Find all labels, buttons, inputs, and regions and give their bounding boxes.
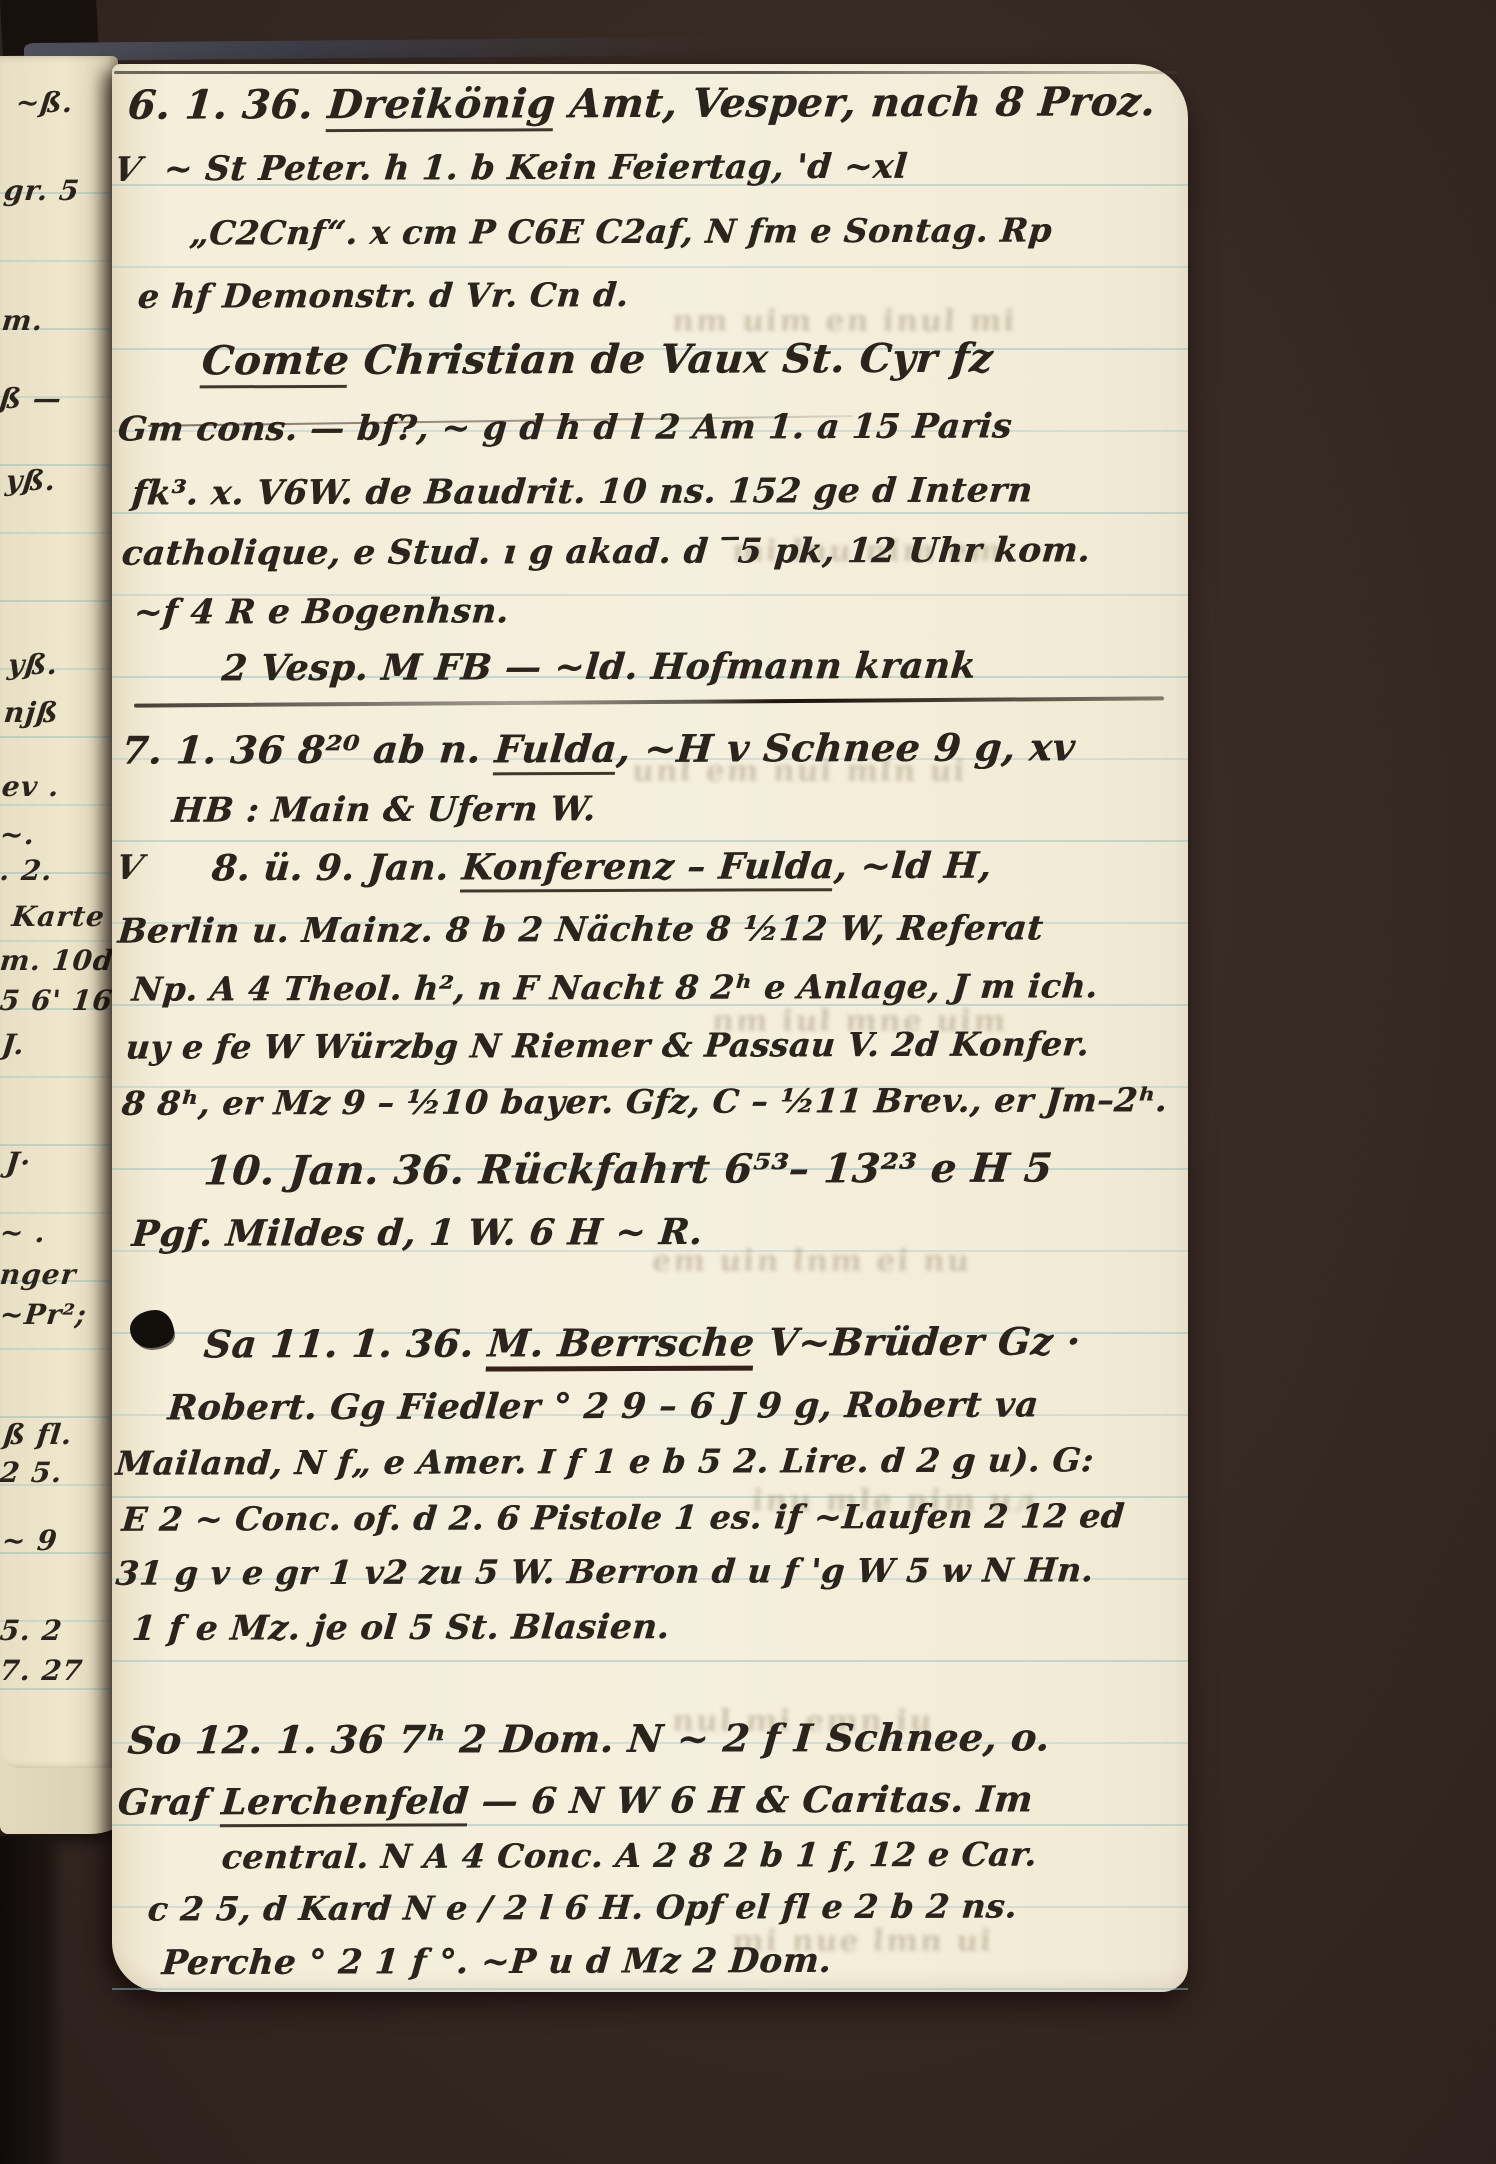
- handwriting-line: 10. Jan. 36. Rückfahrt 6⁵³– 13²³ e H 5: [202, 1145, 1054, 1195]
- handwriting-line: Sa 11. 1. 36. M. Berrsche V~Brüder Gz ·: [202, 1318, 1082, 1366]
- handwriting-text: — 6 N W 6 H & Caritas. Im: [467, 1778, 1035, 1822]
- handwriting-text: Pgf. Mildes d, 1 W. 6 H ~ R.: [130, 1211, 704, 1255]
- ruled-line: [0, 1348, 118, 1350]
- underlined-heading: Lerchenfeld: [219, 1780, 470, 1827]
- left-page-text-fragment: ~.: [0, 818, 37, 851]
- handwriting-line: Robert. Gg Fiedler ° 2 9 – 6 J 9 g, Robe…: [166, 1384, 1040, 1428]
- handwriting-text: E 2 ~ Conc. of. d 2. 6 Pistole 1 es. if …: [120, 1496, 1126, 1538]
- underlined-heading: Comte: [200, 337, 352, 389]
- page-behind-top-edge: [114, 71, 1178, 74]
- handwriting-text: ~f 4 R e Bogenhsn.: [132, 591, 510, 632]
- ruled-line: [0, 532, 118, 534]
- photo-background: { "document": { "kind": "handwritten dia…: [0, 0, 1496, 2164]
- notebook-cover-bottom: [0, 1836, 64, 2164]
- ruled-line: [0, 260, 118, 262]
- handwriting-line: Berlin u. Mainz. 8 b 2 Nächte 8 ½12 W, R…: [116, 908, 1045, 951]
- handwriting-line: Perche ° 2 1 f °. ~P u d Mz 2 Dom.: [160, 1941, 833, 1983]
- handwriting-text: Berlin u. Mainz. 8 b 2 Nächte 8 ½12 W, R…: [116, 908, 1045, 951]
- ruled-line: [112, 1988, 1188, 1990]
- handwriting-line: ~ St Peter. h 1. b Kein Feiertag, 'd ~xl: [162, 147, 909, 190]
- ruled-line: [112, 266, 1188, 268]
- check-mark: V: [112, 848, 147, 888]
- left-page-text-fragment: ~Pr²;: [0, 1298, 89, 1331]
- ink-blot: [130, 1310, 174, 1348]
- ruled-line: [0, 940, 118, 942]
- handwriting-line: uy e fe W Würzbg N Riemer & Passau V. 2d…: [124, 1024, 1091, 1066]
- handwriting-text: central. N A 4 Conc. A 2 8 2 b 1 f, 12 e…: [220, 1835, 1038, 1877]
- handwriting-text: Robert. Gg Fiedler ° 2 9 – 6 J 9 g, Robe…: [166, 1384, 1040, 1428]
- handwriting-line: 8. ü. 9. Jan. Konferenz – Fulda, ~ld H,: [210, 845, 993, 890]
- ruled-line: [112, 1660, 1188, 1662]
- handwriting-text: 8. ü. 9. Jan.: [210, 846, 464, 889]
- handwriting-text: 6. 1. 36.: [126, 81, 330, 129]
- handwriting-line: 7. 1. 36 8²⁰ ab n. Fulda, ~H v Schnee 9 …: [120, 724, 1077, 772]
- left-page-text-fragment: ~ß.: [14, 86, 75, 119]
- underlined-heading: Fulda: [493, 726, 619, 775]
- left-page-text-fragment: J·: [4, 1146, 32, 1179]
- notebook-cover-top-edge: [24, 37, 724, 61]
- ruled-line: [112, 840, 1188, 842]
- left-page-text-fragment: J.: [0, 1028, 26, 1061]
- ruled-line: [0, 1212, 118, 1214]
- handwriting-text: Christian de Vaux St. Cyr fz: [347, 335, 995, 384]
- left-facing-page-edge: ~ß.gr. 5m.ß —yß.yß.njßev .~.. 2.Kartem. …: [0, 56, 118, 1768]
- left-page-text-fragment: m. 10d: [0, 944, 115, 977]
- left-page-text-fragment: nger: [0, 1258, 78, 1291]
- underlined-heading: Konferenz – Fulda: [460, 845, 836, 892]
- left-page-text-fragment: njß: [2, 696, 60, 729]
- handwriting-text: V~Brüder Gz ·: [753, 1318, 1083, 1364]
- handwriting-text: ~ St Peter. h 1. b Kein Feiertag, 'd ~xl: [162, 147, 909, 190]
- left-page-text-fragment: . 2.: [0, 854, 54, 887]
- handwriting-line: Pgf. Mildes d, 1 W. 6 H ~ R.: [130, 1211, 704, 1255]
- handwriting-text: fk³. x. V6W. de Baudrit. 10 ns. 152 ge d…: [130, 470, 1034, 513]
- handwriting-line: 6. 1. 36. Dreikönig Amt, Vesper, nach 8 …: [126, 78, 1158, 129]
- left-page-text-fragment: yß.: [4, 464, 58, 497]
- handwriting-line: ~f 4 R e Bogenhsn.: [132, 591, 510, 632]
- handwriting-text: 7. 1. 36 8²⁰ ab n.: [120, 726, 497, 772]
- left-page-text-fragment: ß —: [0, 382, 64, 415]
- left-page-text-fragment: 5. 2: [0, 1614, 64, 1647]
- handwriting-line: Mailand, N f„ e Amer. I f 1 e b 5 2. Lir…: [114, 1440, 1095, 1482]
- handwriting-text: , ~H v Schnee 9 g, xv: [615, 724, 1077, 771]
- handwriting-text: c 2 5, d Kard N e / 2 l 6 H. Opf el fl e…: [146, 1886, 1019, 1928]
- left-page-text-fragment: m.: [0, 304, 45, 337]
- handwriting-text: uy e fe W Würzbg N Riemer & Passau V. 2d…: [124, 1024, 1091, 1066]
- left-page-text-fragment: 7. 27: [0, 1654, 85, 1687]
- handwriting-text: 31 g v e gr 1 v2 zu 5 W. Berron d u f 'g…: [114, 1550, 1095, 1592]
- handwriting-line: 31 g v e gr 1 v2 zu 5 W. Berron d u f 'g…: [114, 1550, 1095, 1592]
- handwriting-line: E 2 ~ Conc. of. d 2. 6 Pistole 1 es. if …: [120, 1496, 1126, 1538]
- handwriting-text: Mailand, N f„ e Amer. I f 1 e b 5 2. Lir…: [114, 1440, 1095, 1482]
- handwriting-text: Amt, Vesper, nach 8 Proz.: [553, 78, 1157, 127]
- ruled-line: [0, 1076, 118, 1078]
- handwriting-text: 8 8ʰ, er Mz 9 – ½10 bayer. Gfz, C – ½11 …: [120, 1080, 1169, 1123]
- handwriting-line: catholique, e Stud. ı g akad. d ‾5 pk, 1…: [120, 530, 1092, 573]
- handwriting-line: Np. A 4 Theol. h², n F Nacht 8 2ʰ e Anla…: [130, 966, 1099, 1008]
- left-page-text-fragment: yß.: [6, 648, 60, 681]
- handwriting-text: Sa 11. 1. 36.: [202, 1321, 490, 1367]
- handwriting-line: e hf Demonstr. d Vr. Cn d.: [136, 275, 630, 316]
- left-page-text-fragment: ß fl.: [2, 1418, 74, 1451]
- handwriting-line: 2 Vesp. M FB — ~ld. Hofmann krank: [220, 645, 978, 690]
- left-page-text-fragment: ~ .: [0, 1216, 48, 1249]
- handwriting-line: So 12. 1. 36 7ʰ 2 Dom. N ~ 2 f I Schnee,…: [126, 1714, 1052, 1762]
- handwriting-line: 8 8ʰ, er Mz 9 – ½10 bayer. Gfz, C – ½11 …: [120, 1080, 1169, 1123]
- handwriting-line: fk³. x. V6W. de Baudrit. 10 ns. 152 ge d…: [130, 470, 1034, 513]
- left-page-text-fragment: 5 6' 16: [0, 984, 115, 1017]
- handwriting-text: catholique, e Stud. ı g akad. d ‾5 pk, 1…: [120, 530, 1092, 573]
- handwriting-line: Comte Christian de Vaux St. Cyr fz: [200, 335, 995, 385]
- handwriting-text: , ~ld H,: [833, 845, 994, 888]
- ruled-line: [0, 736, 118, 738]
- underlined-heading: M. Berrsche: [485, 1320, 756, 1372]
- handwriting-line: Gm cons. — bf?, ~ g d h d l 2 Am 1. a 15…: [116, 406, 1013, 449]
- handwriting-text: Graf: [116, 1781, 223, 1823]
- handwriting-text: Gm cons. — bf?, ~ g d h d l 2 Am 1. a 15…: [116, 406, 1013, 449]
- hand-drawn-divider: [134, 696, 1164, 707]
- handwriting-text: Perche ° 2 1 f °. ~P u d Mz 2 Dom.: [160, 1941, 833, 1983]
- handwriting-line: c 2 5, d Kard N e / 2 l 6 H. Opf el fl e…: [146, 1886, 1019, 1928]
- left-page-text-fragment: Karte: [10, 900, 106, 933]
- handwriting-line: „C2Cnf“. x cm P C6E C2af, N fm e Sontag.…: [188, 210, 1053, 252]
- handwriting-text: 10. Jan. 36. Rückfahrt 6⁵³– 13²³ e H 5: [202, 1145, 1054, 1195]
- left-page-text-fragment: ~ 9: [0, 1524, 59, 1557]
- handwriting-text: Np. A 4 Theol. h², n F Nacht 8 2ʰ e Anla…: [130, 966, 1099, 1008]
- handwriting-text: So 12. 1. 36 7ʰ 2 Dom. N ~ 2 f I Schnee,…: [126, 1714, 1052, 1762]
- left-page-text-fragment: 2 5.: [0, 1456, 64, 1489]
- handwriting-line: HB : Main & Ufern W.: [170, 789, 597, 830]
- handwriting-text: HB : Main & Ufern W.: [170, 789, 597, 830]
- handwriting-text: „C2Cnf“. x cm P C6E C2af, N fm e Sontag.…: [188, 210, 1053, 252]
- left-page-text-fragment: gr. 5: [2, 174, 81, 207]
- underlined-heading: Dreikönig: [325, 80, 557, 132]
- handwriting-line: Graf Lerchenfeld — 6 N W 6 H & Caritas. …: [116, 1778, 1035, 1823]
- handwriting-text: 1 f e Mz. je ol 5 St. Blasien.: [130, 1607, 671, 1649]
- handwriting-text: e hf Demonstr. d Vr. Cn d.: [136, 275, 630, 316]
- ruled-line: [0, 804, 118, 806]
- ruled-line: [0, 600, 118, 602]
- handwriting-text: 2 Vesp. M FB — ~ld. Hofmann krank: [220, 645, 978, 690]
- handwriting-line: central. N A 4 Conc. A 2 8 2 b 1 f, 12 e…: [220, 1835, 1038, 1877]
- diary-page: nm uim en inul mimi lnu nim emunl em nui…: [112, 64, 1188, 1992]
- ruled-line: [0, 1688, 118, 1690]
- handwriting-line: 1 f e Mz. je ol 5 St. Blasien.: [130, 1607, 671, 1649]
- left-page-text-fragment: ev .: [0, 770, 61, 803]
